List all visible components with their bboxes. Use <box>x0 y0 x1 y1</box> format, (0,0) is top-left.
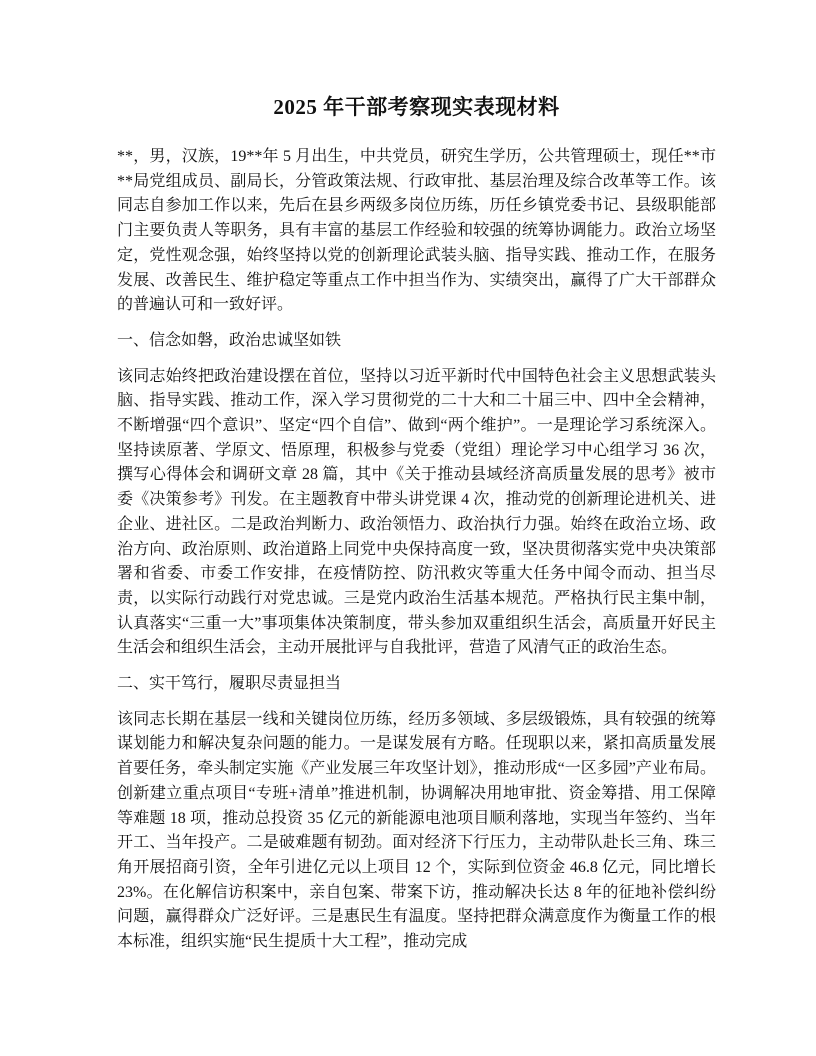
section-2-heading: 二、实干笃行，履职尽责显担当 <box>117 672 716 697</box>
document-title: 2025 年干部考察现实表现材料 <box>117 92 716 122</box>
section-1-paragraph: 该同志始终把政治建设摆在首位，坚持以习近平新时代中国特色社会主义思想武装头脑、指… <box>117 365 716 661</box>
intro-paragraph: **，男，汉族，19**年 5 月出生，中共党员，研究生学历，公共管理硕士，现任… <box>117 145 716 318</box>
section-2-paragraph: 该同志长期在基层一线和关键岗位历练，经历多领域、多层级锻炼，具有较强的统筹谋划能… <box>117 708 716 955</box>
section-1-heading: 一、信念如磐，政治忠诚坚如铁 <box>117 329 716 354</box>
document-page: 2025 年干部考察现实表现材料 **，男，汉族，19**年 5 月出生，中共党… <box>0 0 816 1056</box>
